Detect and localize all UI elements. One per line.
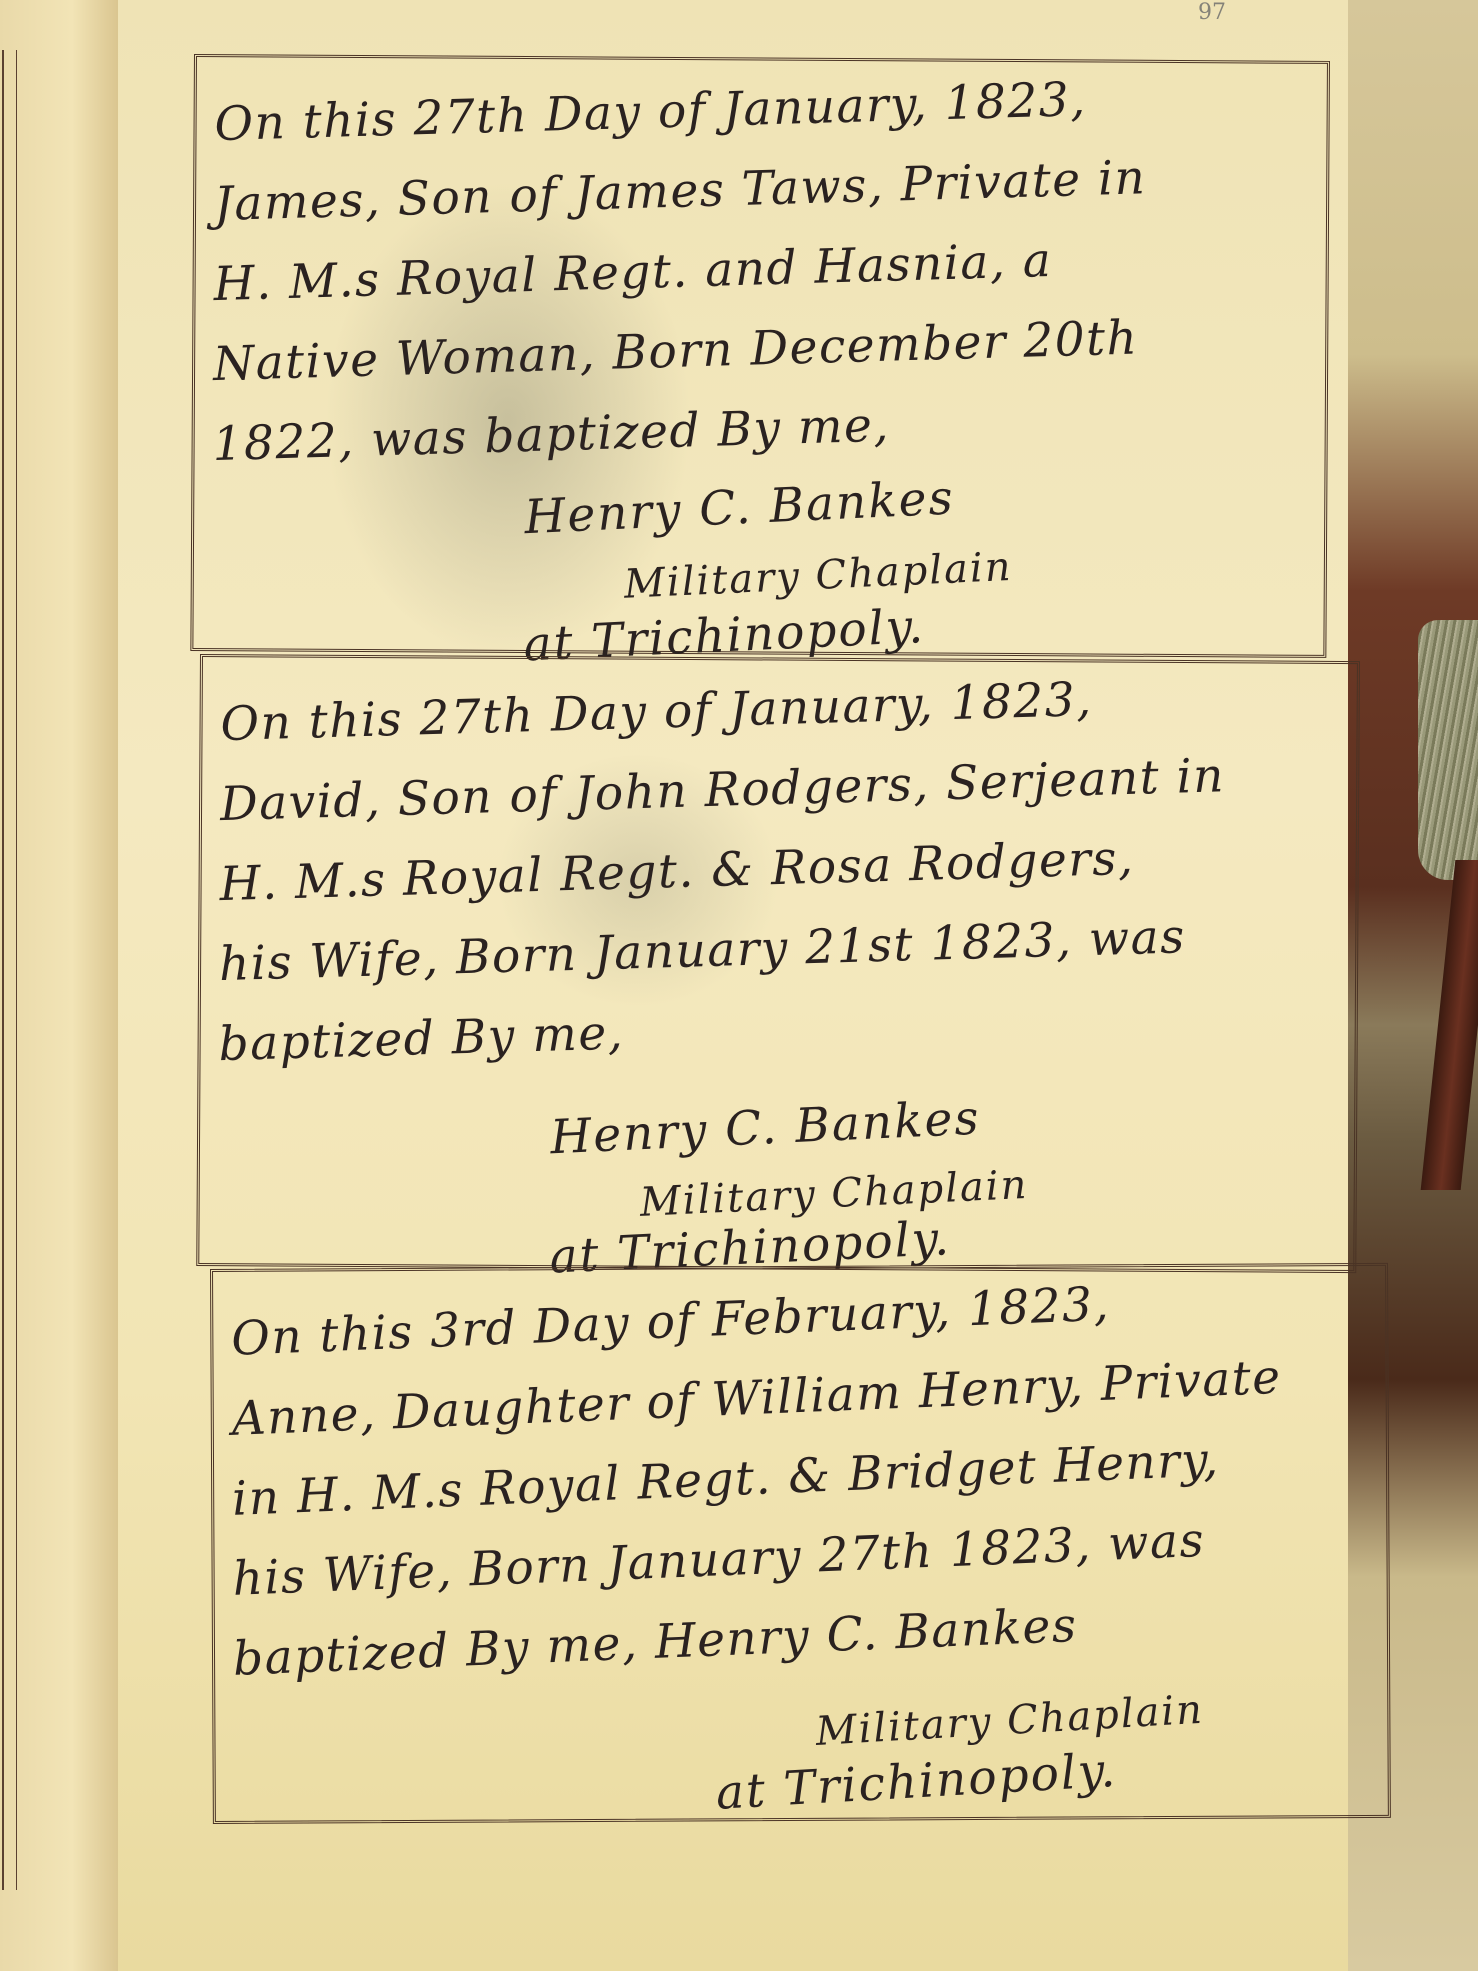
cleaning-brush-bristles [1418,620,1478,880]
entry-text: On this 27th Day of January, 1823, David… [218,685,1338,1092]
previous-page-edge [0,0,120,1971]
signature-title: Military Chaplain [623,544,1013,608]
baptism-entry: On this 27th Day of January, 1823, David… [196,654,1360,1273]
page-number: 97 [1198,0,1226,25]
signature-place: at Trichinopoly. [714,1743,1118,1821]
register-page: 97 On this 27th Day of January, 1823, Ja… [118,0,1348,1971]
baptism-entry: On this 3rd Day of February, 1823, Anne,… [210,1263,1391,1824]
previous-page-rule [2,50,17,1890]
entry-text: On this 3rd Day of February, 1823, Anne,… [231,1294,1369,1700]
entry-text: On this 27th Day of January, 1823, James… [212,85,1308,492]
signature-name: Henry C. Bankes [549,1091,982,1166]
signature-title: Military Chaplain [814,1687,1205,1755]
baptism-entry: On this 27th Day of January, 1823, James… [190,54,1330,658]
baptism-register: On this 27th Day of January, 1823, James… [194,54,1416,1814]
